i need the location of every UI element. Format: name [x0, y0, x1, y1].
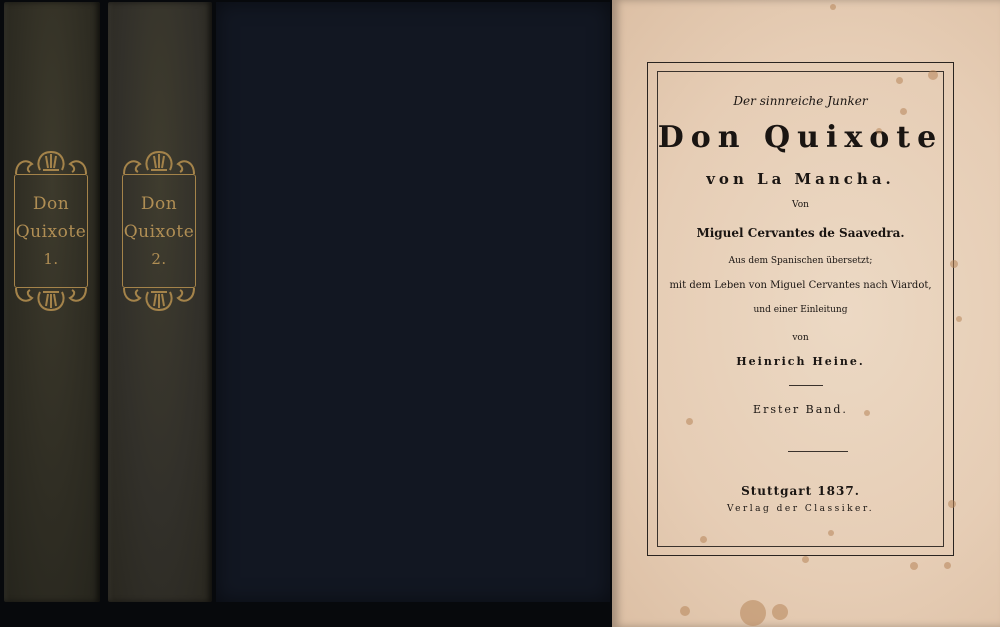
foxing-spot: [876, 128, 882, 134]
foxing-spot: [910, 562, 918, 570]
divider-rule: [789, 385, 823, 386]
foxing-spot: [944, 562, 951, 569]
introducer-name: Heinrich Heine.: [657, 355, 944, 368]
foxing-spot: [950, 260, 958, 268]
foxing-spot: [896, 77, 903, 84]
divider-rule: [788, 451, 848, 452]
gilt-ornament-icon: [10, 284, 92, 314]
foxing-stain: [772, 604, 788, 620]
book-photo: Don Quixote 1. Don Quixote 2. Der sinnre…: [0, 0, 1000, 627]
translation-note: Aus dem Spanischen übersetzt;: [657, 256, 944, 266]
spine-title-line1: Don: [118, 196, 200, 213]
spine-title-line2: Quixote: [118, 224, 200, 241]
spine-volume-number: 2.: [118, 252, 200, 267]
foxing-spot: [830, 4, 836, 10]
main-title: Don Quixote: [657, 120, 944, 155]
book-cover-dark: [216, 2, 610, 602]
foxing-spot: [680, 606, 690, 616]
by-label-2: von: [657, 333, 944, 343]
foxing-spot: [686, 418, 693, 425]
foxing-spot: [828, 530, 834, 536]
title-kicker: Der sinnreiche Junker: [657, 94, 944, 108]
title-page: Der sinnreiche Junker Don Quixote von La…: [612, 0, 1000, 627]
spine-volume-2: Don Quixote 2.: [108, 2, 212, 602]
subtitle: von La Mancha.: [657, 170, 944, 188]
foxing-stain: [740, 600, 766, 626]
spine-title-line1: Don: [10, 196, 92, 213]
biography-note: mit dem Leben von Miguel Cervantes nach …: [657, 280, 944, 291]
imprint-place-year: Stuttgart 1837.: [657, 484, 944, 498]
introduction-note: und einer Einleitung: [657, 305, 944, 315]
spine-volume-number: 1.: [10, 252, 92, 267]
foxing-spot: [700, 536, 707, 543]
foxing-spot: [928, 70, 938, 80]
author-name: Miguel Cervantes de Saavedra.: [657, 226, 944, 240]
publisher: Verlag der Classiker.: [657, 504, 944, 514]
volume-label: Erster Band.: [657, 403, 944, 416]
foxing-spot: [956, 316, 962, 322]
foxing-spot: [864, 410, 870, 416]
foxing-spot: [900, 108, 907, 115]
by-label: Von: [657, 200, 944, 210]
spine-volume-1: Don Quixote 1.: [4, 2, 100, 602]
spine-title-line2: Quixote: [10, 224, 92, 241]
spine-label: Don Quixote 2.: [118, 148, 200, 314]
spine-label: Don Quixote 1.: [10, 148, 92, 314]
gilt-ornament-icon: [118, 284, 200, 314]
foxing-spot: [802, 556, 809, 563]
foxing-spot: [948, 500, 956, 508]
